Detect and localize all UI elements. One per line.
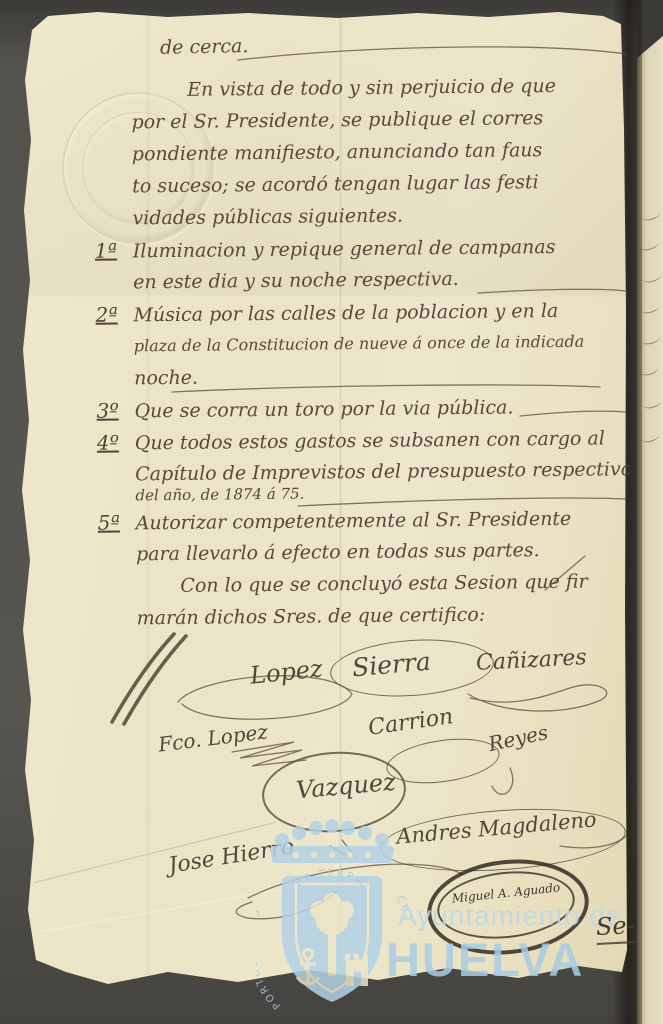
item-number: 4º	[97, 426, 135, 458]
manuscript-line-text: en este dia y su noche respectiva.	[133, 268, 459, 293]
item-number: 3º	[96, 394, 134, 426]
manuscript-line-text: del año, de 1874 á 75.	[135, 485, 304, 505]
adjacent-page-writing	[640, 332, 661, 346]
scanned-document-photo: de cerca. En vista de todo y sin perjuic…	[0, 0, 663, 1024]
adjacent-page-writing	[639, 430, 660, 444]
manuscript-line: marán dichos Sres. de que certifico:	[99, 597, 631, 635]
item-number: 1ª	[95, 234, 133, 266]
item-number: 5ª	[98, 506, 136, 538]
adjacent-page-writing	[640, 208, 661, 222]
manuscript-line-text: Que todos estos gastos se subsanen con c…	[135, 427, 605, 454]
manuscript-line-text: por el Sr. Presidente, se publique el co…	[131, 107, 543, 133]
manuscript-line-text: para llevarlo á efecto en todas sus part…	[136, 539, 540, 565]
manuscript-line-text: pondiente manifiesto, anunciando tan fau…	[132, 139, 543, 165]
manuscript-line-text: Que se corra un toro por la via pública.	[134, 396, 513, 422]
manuscript-line-text: Con lo que se concluyó esta Sesion que f…	[180, 571, 587, 597]
manuscript-line-text: Iluminacion y repique general de campana…	[133, 236, 556, 262]
manuscript-line-text: plaza de la Constitucion de nueve á once…	[134, 332, 585, 356]
manuscript-line-text: marán dichos Sres. de que certifico:	[137, 604, 486, 630]
manuscript-line-text: noche.	[134, 367, 198, 390]
catchword: Se-	[595, 911, 635, 945]
adjacent-page-writing	[641, 396, 662, 410]
manuscript-text: En vista de todo y sin perjuicio de quep…	[93, 69, 631, 650]
adjacent-page-writing	[639, 301, 660, 315]
manuscript-line-text: Autorizar competentemente al Sr. Preside…	[136, 508, 572, 535]
adjacent-page-writing	[641, 270, 662, 284]
manuscript-line-text: to suceso; se acordó tengan lugar las fe…	[132, 171, 539, 197]
item-number: 2ª	[95, 298, 133, 330]
manuscript-line-text: vidades públicas siguientes.	[132, 205, 403, 230]
opening-line: de cerca.	[160, 35, 249, 59]
manuscript-line-text: En vista de todo y sin perjuicio de que	[187, 75, 556, 101]
manuscript-line-text: Música por las calles de la poblacion y …	[133, 300, 558, 326]
